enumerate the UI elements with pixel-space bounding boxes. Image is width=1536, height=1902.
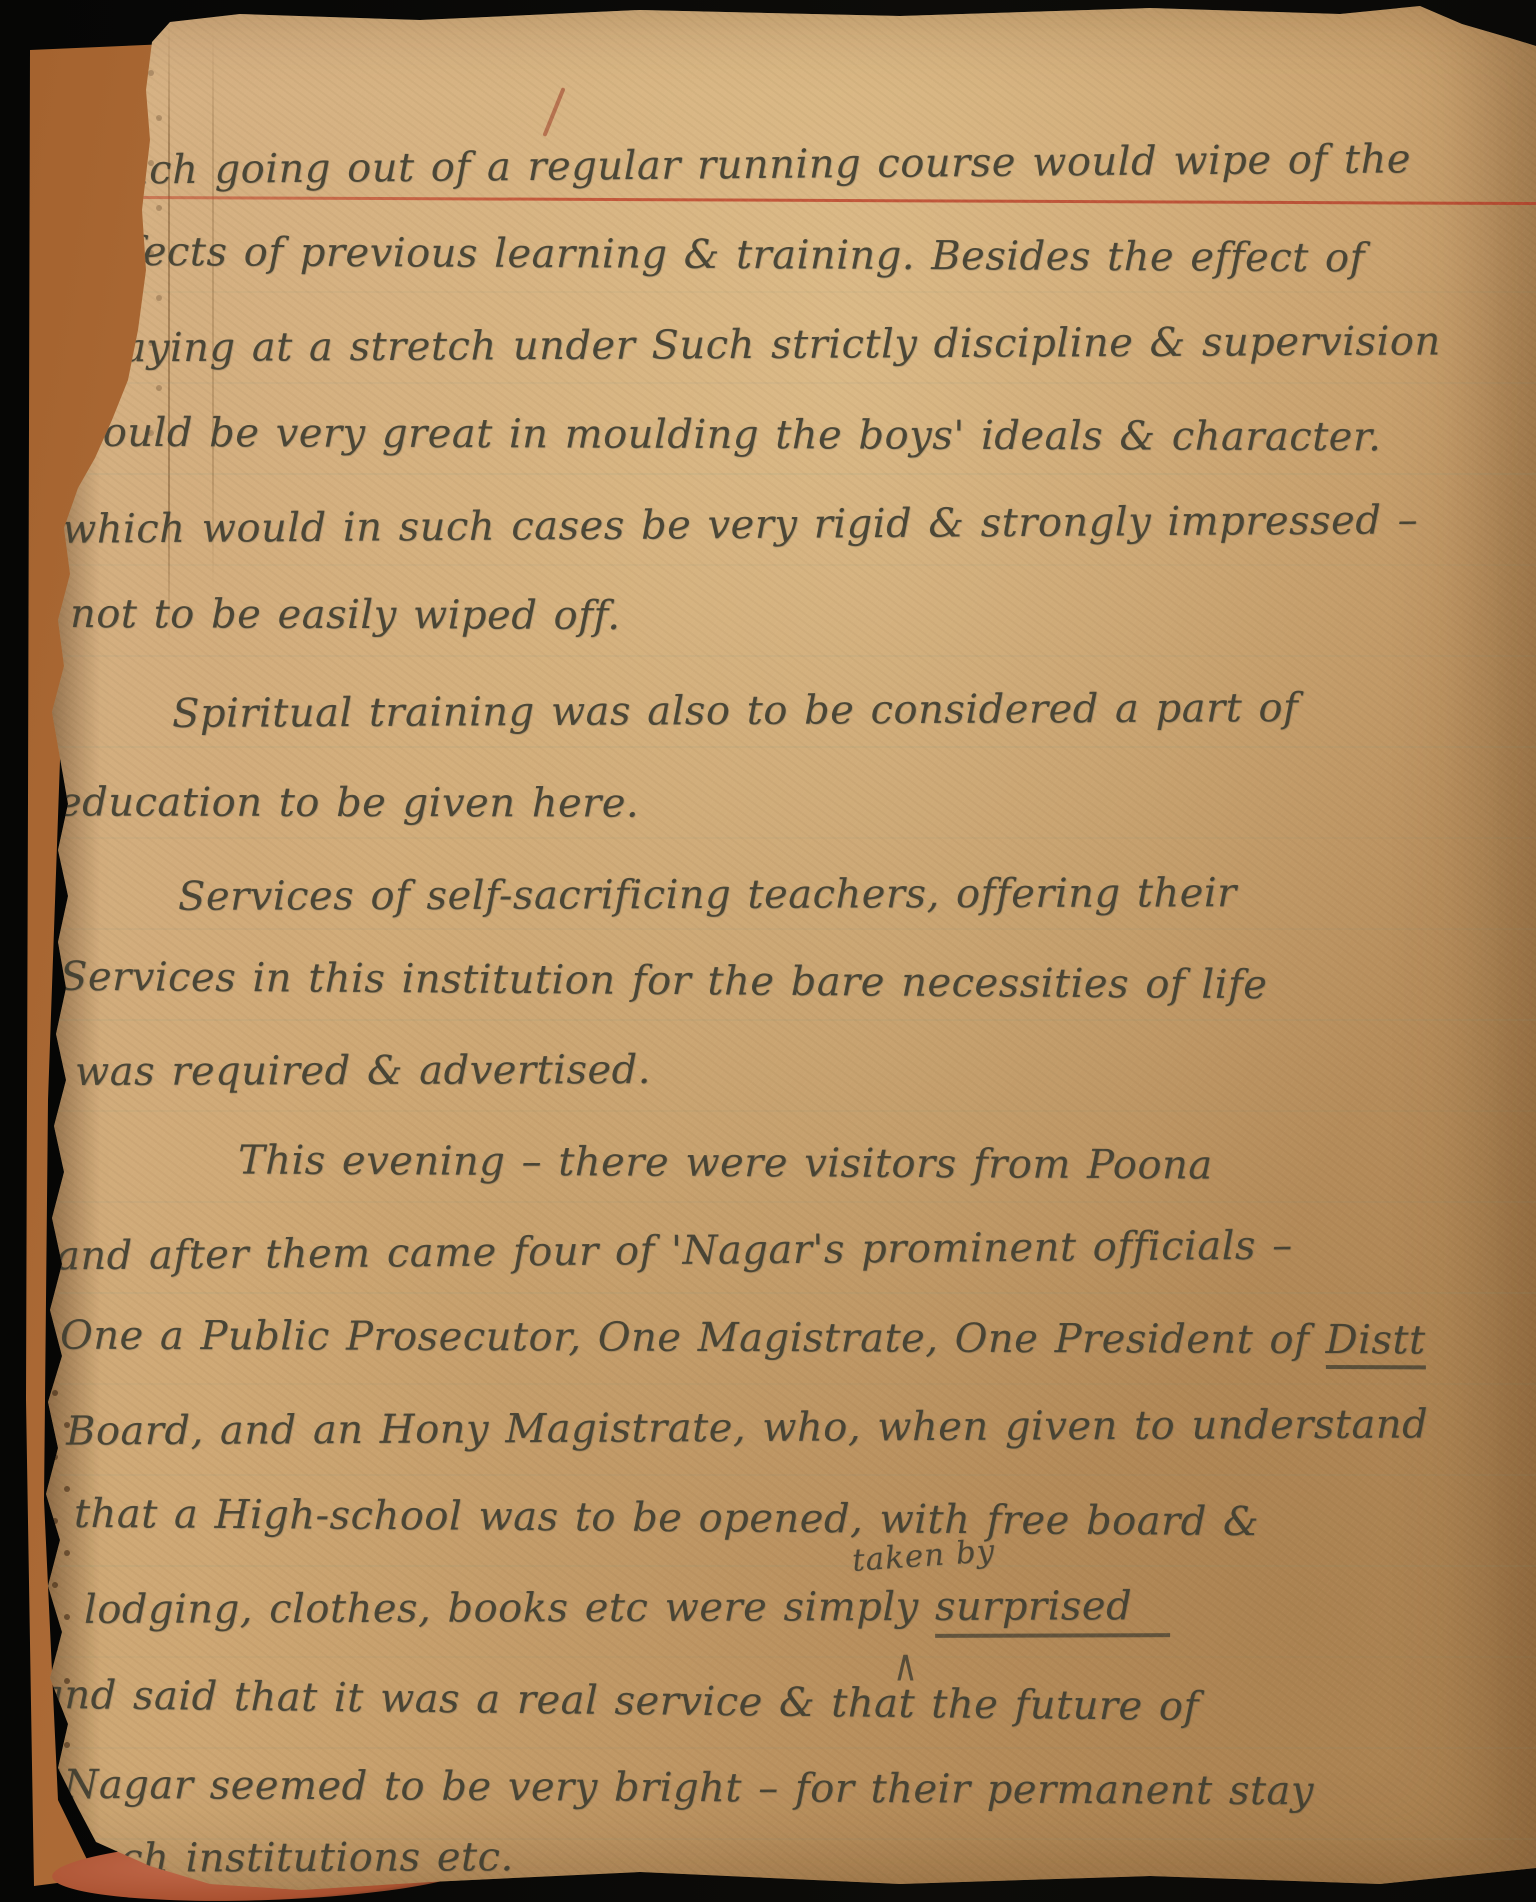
underlined-word: surprised [935, 1583, 1170, 1638]
handwritten-line: not to be easily wiped off. [70, 591, 621, 639]
handwritten-line: Staying at a stretch under Such strictly… [78, 318, 1441, 371]
stitch-hole [52, 1390, 58, 1396]
stitch-hole [64, 1614, 70, 1620]
stitch-hole [156, 205, 162, 211]
stitch-hole [52, 1454, 58, 1460]
underlined-word: Distt [1325, 1317, 1425, 1369]
ruled-line [58, 1383, 1536, 1385]
stitch-hole [64, 1550, 70, 1556]
ruled-line [58, 1474, 1536, 1476]
handwritten-line: and said that it was a real service & th… [40, 1672, 1199, 1730]
handwritten-line: would be very great in moulding the boys… [68, 410, 1381, 461]
ruled-line [58, 291, 1536, 293]
stitch-hole [156, 115, 162, 121]
stitch-hole [156, 295, 162, 301]
ruled-line [58, 1292, 1536, 1294]
notebook-photo: Such going out of a regular running cour… [0, 0, 1536, 1902]
ruled-line [58, 1201, 1536, 1203]
handwritten-line: which would in such cases be very rigid … [62, 497, 1418, 552]
handwritten-line: was required & advertised. [75, 1047, 651, 1095]
handwritten-line: Services of self-sacrificing teachers, o… [178, 870, 1237, 920]
ruled-line [58, 837, 1536, 839]
handwritten-line: 'Nagar seemed to be very bright – for th… [52, 1762, 1314, 1815]
ruled-line [58, 1747, 1536, 1749]
ruled-line [58, 1656, 1536, 1658]
handwritten-line: that a High-school was to be opened, wit… [74, 1491, 1259, 1545]
handwritten-line: education to be given here. [58, 779, 639, 826]
stitch-hole [52, 1518, 58, 1524]
margin-rule-red [140, 196, 1536, 205]
handwritten-line: Board, and an Hony Magistrate, who, when… [66, 1401, 1428, 1454]
handwritten-line: effects of previous learning & training.… [88, 229, 1365, 282]
ruled-line [58, 655, 1536, 657]
caret-mark: ∧ [893, 1640, 918, 1692]
ruled-line [58, 382, 1536, 384]
handwritten-line: Such going out of a regular running cour… [95, 136, 1411, 193]
stitch-hole [64, 1486, 70, 1492]
handwritten-line: Services in this institution for the bar… [60, 954, 1268, 1008]
stitch-hole [156, 385, 162, 391]
handwritten-line: and after them came four of 'Nagar's pro… [56, 1223, 1293, 1280]
stitch-hole [52, 1646, 58, 1652]
handwritten-line: lodging, clothes, books etc were simply … [84, 1583, 1170, 1633]
stitch-hole [64, 1742, 70, 1748]
handwritten-line: One a Public Prosecutor, One Magistrate,… [60, 1313, 1426, 1364]
ruled-line [58, 1110, 1536, 1112]
stitch-hole [52, 1582, 58, 1588]
ruled-line [58, 928, 1536, 930]
ruled-line [58, 1565, 1536, 1567]
stitch-hole [148, 70, 154, 76]
handwritten-line: This evening – there were visitors from … [238, 1137, 1213, 1188]
ink-smudge [542, 87, 565, 137]
ruled-line [58, 1019, 1536, 1021]
handwritten-line: Spiritual training was also to be consid… [172, 685, 1299, 737]
stitch-hole [64, 1806, 70, 1812]
ruled-line [58, 473, 1536, 475]
ruled-line [58, 564, 1536, 566]
manuscript-page: Such going out of a regular running cour… [0, 0, 1536, 1902]
ruled-line [58, 746, 1536, 748]
